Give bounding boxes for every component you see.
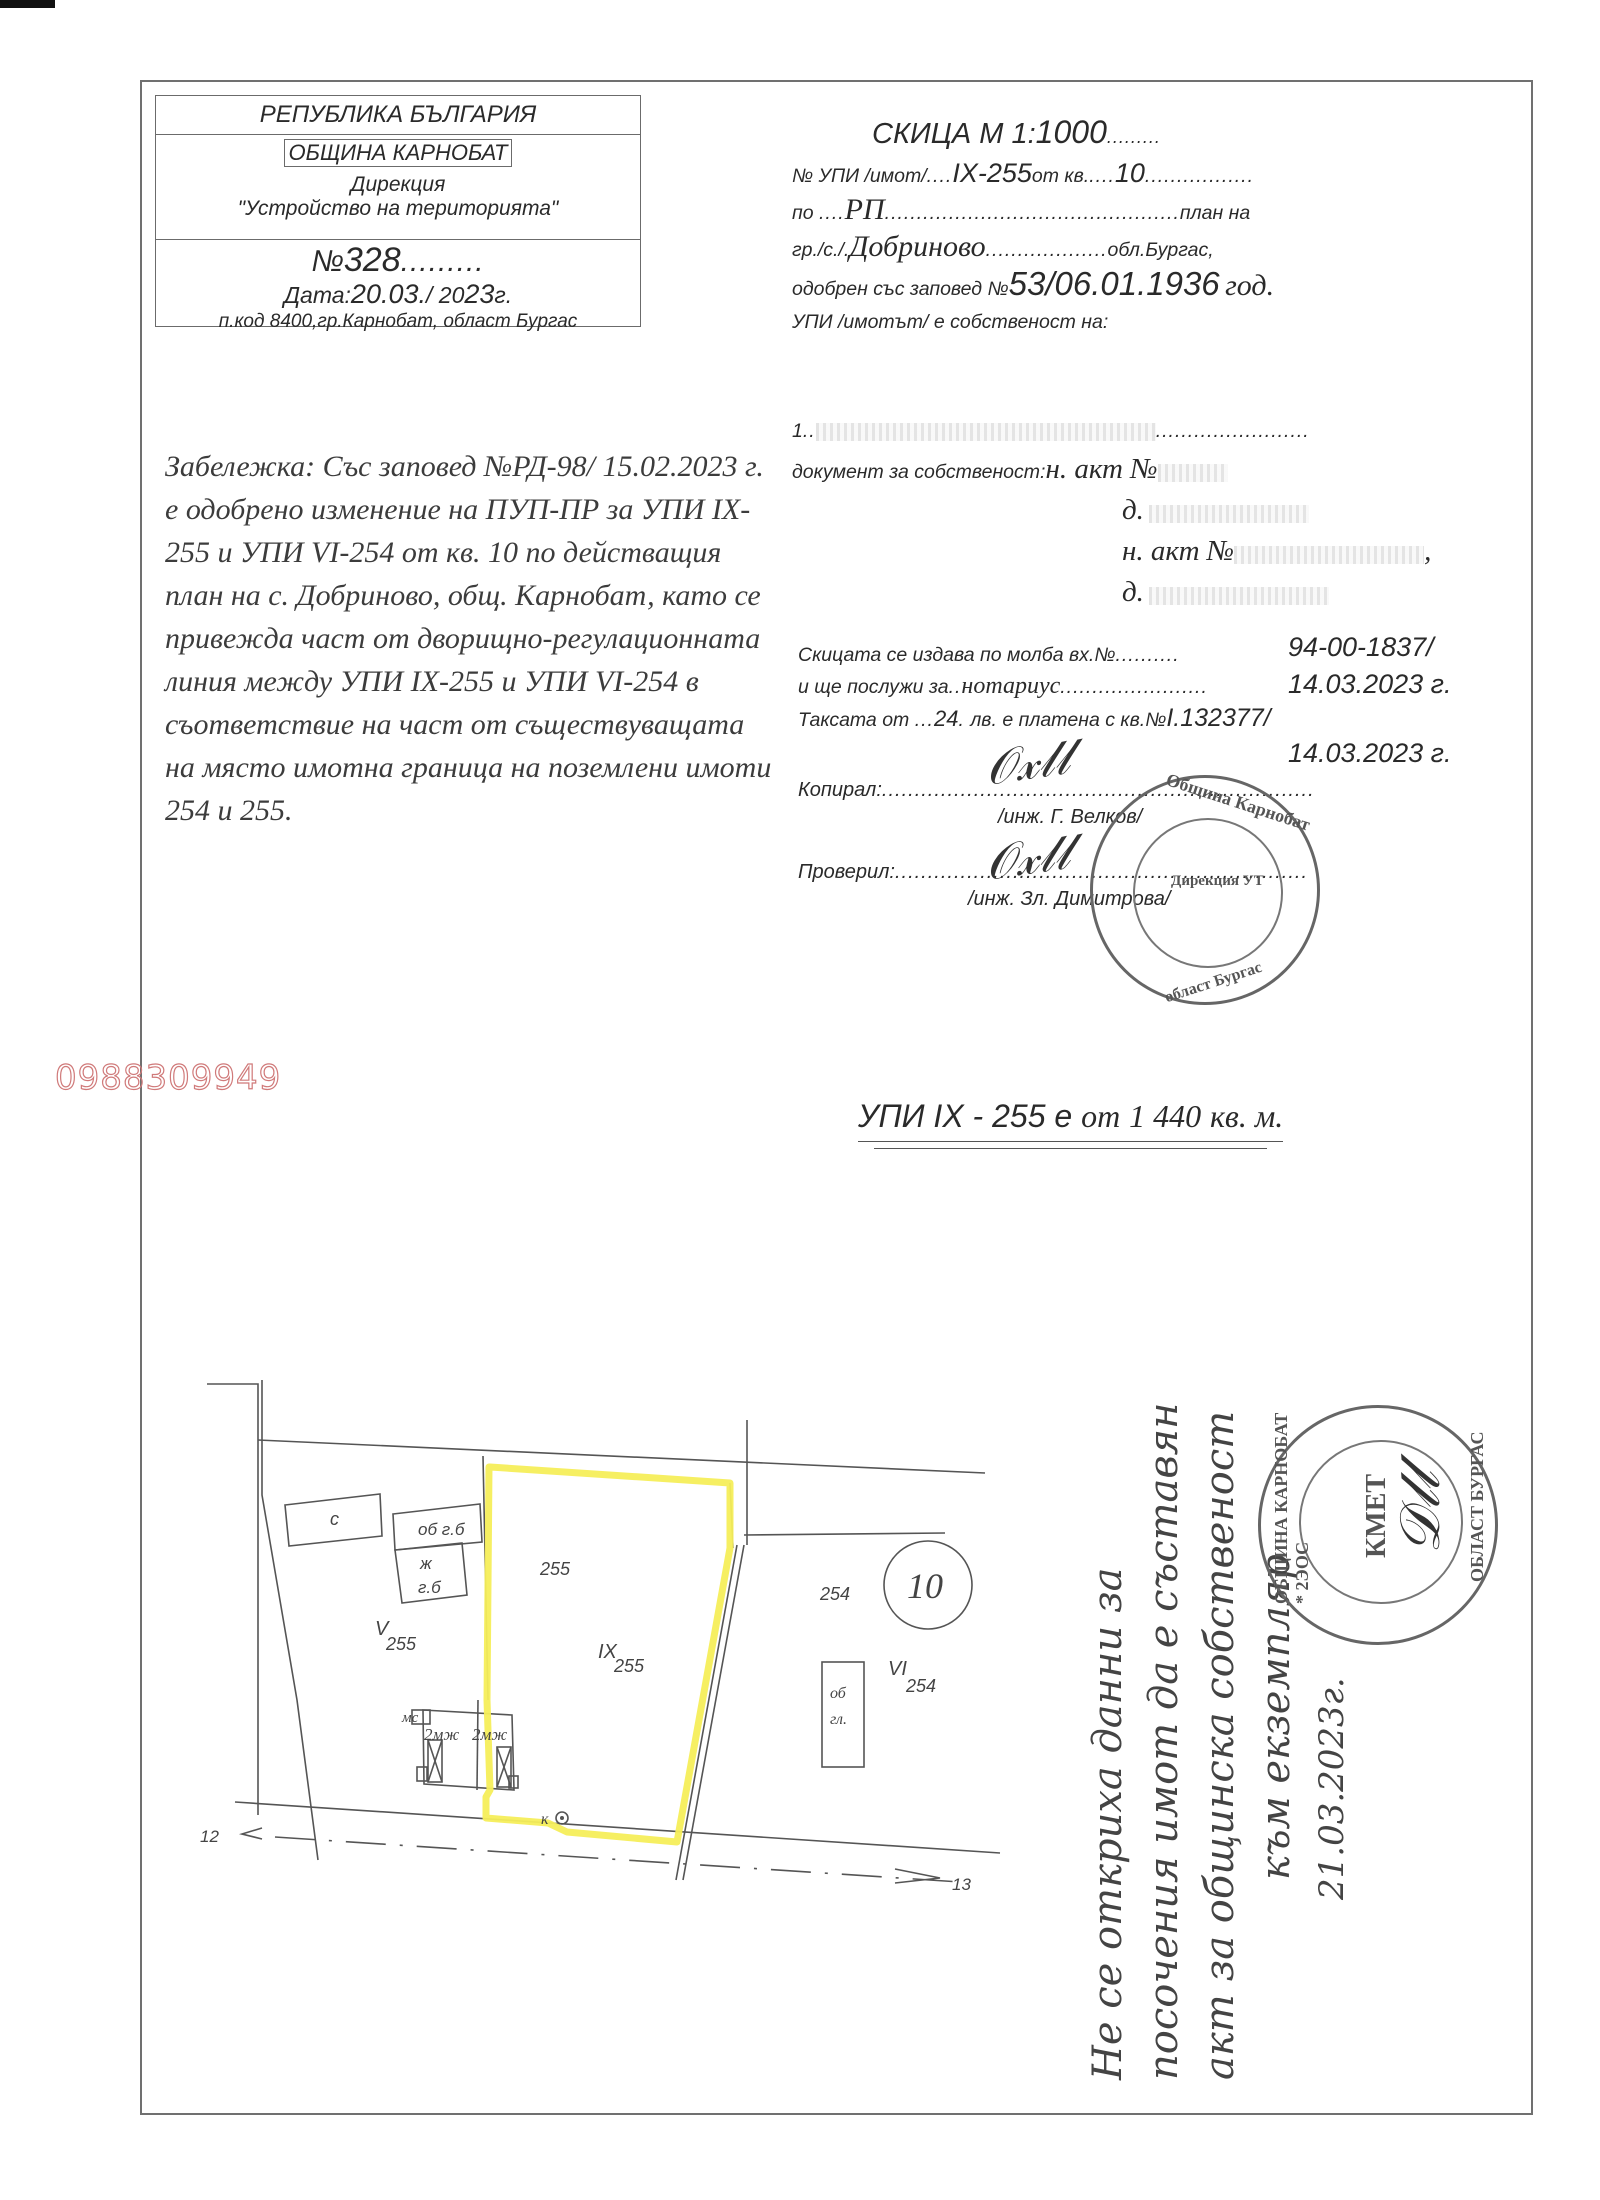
deed-label-2: н. акт № — [1122, 535, 1234, 567]
request-label: Скицата се издава по молба вх.№ — [798, 644, 1115, 666]
registration-block: №328......... Дата:20.03./ 2023г. п.код … — [156, 242, 640, 335]
plan-suffix: план на — [1180, 202, 1250, 224]
plan-prefix: по — [792, 202, 814, 224]
directorate-stamp-center-text: Дирекция УТ — [1171, 873, 1264, 890]
mayor-stamp-ring-bottom: ОБЛАСТ БУРГАС — [1467, 1431, 1488, 1582]
mayor-stamp: ОБЩИНА КАРНОБАТ * 2ЭОС КМЕТ ОБЛАСТ БУРГА… — [1258, 1405, 1498, 1645]
sketch-details: СКИЦА М 1:1000......... № УПИ /имот/....… — [792, 112, 1512, 339]
deed-date-label-2: д. — [1122, 576, 1144, 608]
place-prefix: гр./с./. — [792, 239, 849, 261]
upi-value: IX-255 — [952, 158, 1032, 188]
plot-area-statement: УПИ IX - 255 е от 1 440 кв. м. — [858, 1098, 1283, 1142]
directorate-stamp: Община Карнобат Дирекция УТ област Бурга… — [1090, 775, 1320, 1005]
phone-watermark: 0988309949 — [55, 1058, 281, 1098]
redacted-deed-number-1 — [1158, 464, 1228, 482]
directorate-label: Дирекция — [156, 173, 640, 197]
number-label: № — [311, 245, 344, 278]
mayor-stamp-ring-top: ОБЩИНА КАРНОБАТ * 2ЭОС — [1271, 1408, 1313, 1604]
upi-label: № УПИ /имот/ — [792, 165, 927, 187]
issue-info: Скицата се издава по молба вх.№.........… — [798, 640, 1518, 767]
owner-index: 1 — [792, 420, 803, 442]
receipt-date: 14.03.2023 г. — [1288, 738, 1451, 769]
fee-value: 24 — [934, 706, 958, 731]
redacted-deed-date-2 — [1149, 587, 1329, 605]
receipt-number: I.132377/ — [1166, 704, 1270, 732]
document-number: 328 — [344, 241, 401, 279]
sketch-title-prefix: СКИЦА М 1: — [872, 118, 1036, 150]
order-suffix: год. — [1225, 269, 1274, 302]
postal-address: п.код 8400,гр.Карнобат, област Бургас — [156, 309, 640, 335]
deed-label-1: н. акт № — [1045, 453, 1157, 485]
deed-date-label-1: д. — [1122, 494, 1144, 526]
sketch-title: СКИЦА М 1:1000......... — [872, 112, 1512, 157]
annotation-line-2: посочения имот да е съставян — [1136, 1200, 1192, 2080]
area-value: 1 440 — [1129, 1098, 1201, 1134]
place-suffix: обл.Бургас, — [1108, 239, 1214, 261]
date-unit: г. — [494, 282, 512, 308]
date-year-prefix: / 20 — [426, 282, 464, 308]
amendment-note: Забележка: Със заповед №РД-98/ 15.02.202… — [165, 445, 775, 832]
area-unit: кв. м. — [1210, 1098, 1283, 1134]
redacted-deed-date-1 — [1149, 505, 1309, 523]
annotation-line-3: акт за общинска собственост — [1192, 1200, 1248, 2080]
annotation-line-4: към екземпляр — [1248, 1200, 1304, 2080]
annotation-line-1: Не се откриха данни за — [1080, 1200, 1136, 2080]
mayor-signature: 𝒟𝓁𝓁 — [1388, 1472, 1454, 1554]
directorate-block: ОБЩИНА КАРНОБАТ Дирекция "Устройство на … — [156, 135, 640, 240]
country-name: РЕПУБЛИКА БЪЛГАРИЯ — [156, 96, 640, 135]
municipality-header-box: РЕПУБЛИКА БЪЛГАРИЯ ОБЩИНА КАРНОБАТ Дирек… — [155, 95, 641, 327]
sketch-scale: 1000 — [1036, 114, 1107, 150]
purpose-label: и ще послужи за — [798, 676, 949, 698]
ownership-doc-label: документ за собственост: — [792, 461, 1045, 483]
directorate-name: "Устройство на територията" — [156, 197, 640, 221]
checked-label: Проверил: — [798, 861, 895, 883]
plan-value: РП — [845, 193, 885, 226]
copied-label: Копирал: — [798, 779, 882, 801]
place-value: Добриново — [849, 230, 985, 263]
order-value: 53/06.01.1936 — [1009, 265, 1220, 302]
owner-label: УПИ /имотът/ е собственост на: — [792, 311, 1108, 333]
block-label: от кв. — [1032, 165, 1089, 187]
purpose-value: нотариус — [961, 673, 1060, 699]
purpose-date: 14.03.2023 г. — [1288, 669, 1451, 700]
signature-checked: 𝒪𝓍𝓁𝓁 — [981, 824, 1073, 892]
date-year-suffix: 23 — [464, 279, 494, 309]
fee-label: Таксата от — [798, 709, 909, 731]
area-from: от — [1081, 1098, 1120, 1134]
signature-copied: 𝒪𝓍𝓁𝓁 — [981, 729, 1073, 797]
order-label: одобрен със заповед № — [792, 278, 1009, 300]
date-label: Дата: — [284, 282, 351, 308]
scan-corner-mark — [0, 0, 55, 8]
request-value: 94-00-1837/ — [1288, 632, 1434, 663]
date-day-month: 20.03. — [351, 279, 426, 309]
redacted-deed-number-2 — [1234, 546, 1424, 564]
area-prefix: УПИ IX - 255 е — [858, 1098, 1072, 1134]
municipality-name: ОБЩИНА КАРНОБАТ — [284, 139, 513, 167]
fee-middle-text: лв. е платена с кв.№ — [970, 709, 1166, 731]
block-value: 10 — [1115, 158, 1145, 188]
ownership-section: 1.......................... документ за … — [792, 412, 1532, 614]
redacted-owner-name — [816, 423, 1156, 441]
